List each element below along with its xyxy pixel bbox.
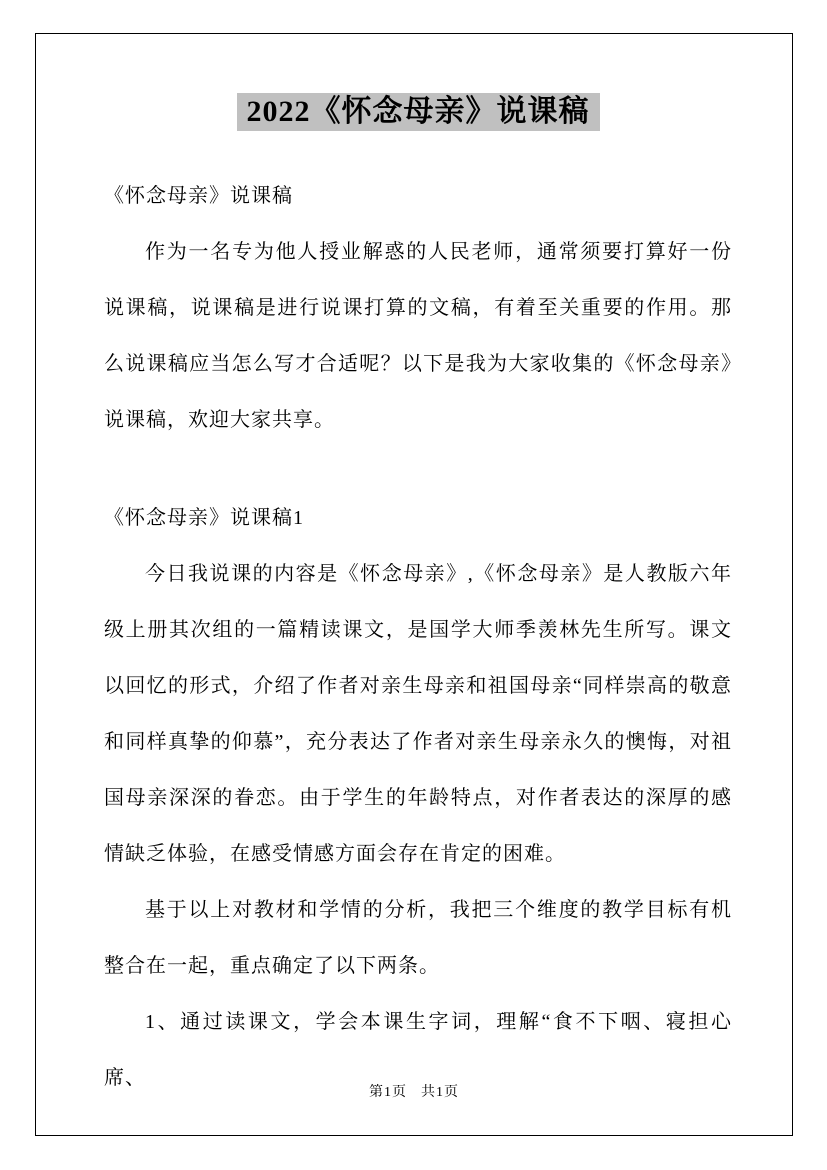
paragraph-teaching-goals: 基于以上对教材和学情的分析，我把三个维度的教学目标有机整合在一起，重点确定了以下… [104,882,732,994]
paragraph-section-heading: 《怀念母亲》说课稿1 [104,490,732,546]
paragraph-subtitle: 《怀念母亲》说课稿 [104,168,732,224]
page-footer: 第1页共1页 [36,1081,792,1101]
title-highlight: 2022《怀念母亲》说课稿 [237,93,600,131]
page-title: 2022《怀念母亲》说课稿 [104,90,732,134]
footer-page-total: 共1页 [421,1085,459,1100]
document-body: 2022《怀念母亲》说课稿 《怀念母亲》说课稿 作为一名专为他人授业解惑的人民老… [104,34,732,1106]
paragraph-lesson-overview: 今日我说课的内容是《怀念母亲》,《怀念母亲》是人教版六年级上册其次组的一篇精读课… [104,546,732,882]
paragraph-intro: 作为一名专为他人授业解惑的人民老师，通常须要打算好一份说课稿，说课稿是进行说课打… [104,224,732,448]
page-border: 2022《怀念母亲》说课稿 《怀念母亲》说课稿 作为一名专为他人授业解惑的人民老… [35,33,793,1136]
footer-page-number: 第1页 [369,1085,407,1100]
